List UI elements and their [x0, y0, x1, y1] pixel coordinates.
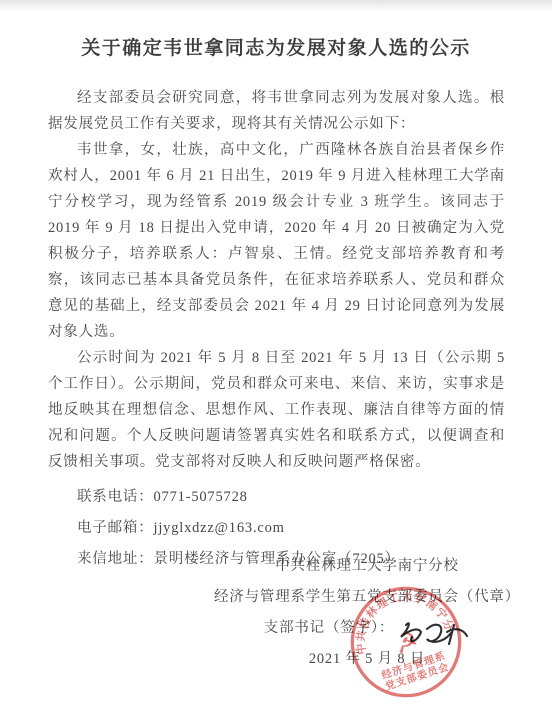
document-page: 关于确定韦世拿同志为发展对象人选的公示 经支部委员会研究同意，将韦世拿同志列为发…	[0, 0, 552, 715]
signer-line: 支部书记（签字）：	[206, 613, 528, 644]
paragraph: 经支部委员会研究同意，将韦世拿同志列为发展对象人选。根据发展党员工作有关要求，现…	[48, 85, 505, 137]
contact-email-line: 电子邮箱：jjyglxdzz@163.com	[48, 513, 505, 544]
paragraph: 韦世拿，女，壮族，高中文化，广西隆林各族自治县者保乡作欢村人，2001 年 6 …	[48, 137, 505, 345]
signature-block: 中共桂林理工大学南宁分校 经济与管理系学生第五党支部委员会（代章） 支部书记（签…	[206, 551, 528, 675]
paragraph: 公示时间为 2021 年 5 月 8 日至 2021 年 5 月 13 日（公示…	[48, 345, 505, 475]
org-name-line-1: 中共桂林理工大学南宁分校	[206, 551, 528, 582]
signer-label: 支部书记（签字）：	[264, 613, 394, 644]
document-body: 经支部委员会研究同意，将韦世拿同志列为发展对象人选。根据发展党员工作有关要求，现…	[48, 85, 505, 475]
org-name-line-2: 经济与管理系学生第五党支部委员会（代章）	[206, 582, 528, 613]
date-line: 2021 年 5 月 8 日	[206, 644, 528, 675]
page-title: 关于确定韦世拿同志为发展对象人选的公示	[0, 0, 552, 60]
handwritten-signature	[396, 616, 470, 648]
contact-phone-line: 联系电话：0771-5075728	[48, 482, 505, 513]
